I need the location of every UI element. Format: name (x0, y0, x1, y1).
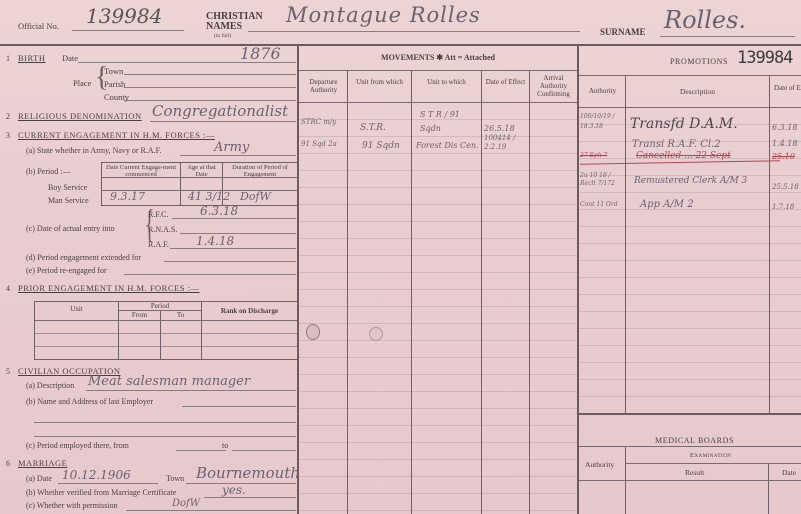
rfc-underline (172, 218, 296, 219)
prior-divider (160, 311, 161, 359)
employment-period-label: (c) Period employed there, from (26, 441, 129, 450)
movements-header-unit-from: Unit from which (348, 78, 411, 86)
promotion-row-3-authority: 27 Eph 7 (580, 152, 607, 159)
promotions-stamp-number: 139984 (737, 48, 792, 68)
punch-hole-icon (306, 324, 320, 340)
period-table: Date Current Engage-ment commenced Age a… (101, 162, 297, 206)
prior-rule (35, 333, 297, 334)
man-service-age: 41 3/12 (188, 190, 230, 203)
period-header-commenced: Date Current Engage-ment commenced (102, 164, 180, 178)
promotion-row-5-date: 1.7.18 (772, 203, 794, 211)
movement-row-1-date: 26.5.18 (484, 124, 515, 133)
rfc-label: R.F.C. (148, 210, 168, 219)
marriage-date-underline (58, 483, 158, 484)
man-service-label: Man Service (48, 196, 89, 205)
employer-label: (b) Name and Address of last Employer (26, 397, 153, 406)
movement-row-1-from: S.T.R. (360, 123, 386, 133)
promotion-row-5-description: App A/M 2 (640, 199, 694, 210)
reengaged-label: (e) Period re-engaged for (26, 266, 107, 275)
marriage-town-label: Town (166, 474, 184, 483)
punch-hole-icon (369, 327, 383, 341)
movements-col-divider (481, 71, 482, 514)
movement-row-2-to: Forest Dis Cen. (416, 141, 479, 150)
movements-ruled-area (299, 103, 577, 514)
prior-rule (35, 320, 297, 321)
promotions-col-divider (769, 76, 770, 413)
certificate-verified-label: (b) Whether verified from Marriage Certi… (26, 488, 176, 497)
employment-from-underline (176, 450, 226, 451)
surname-underline (660, 36, 795, 37)
examination-header: Examination (690, 452, 731, 459)
promotions-header-rule (579, 107, 801, 108)
birth-heading: BIRTH (18, 53, 46, 63)
period-header-duration: Duration of Period of Engagement (223, 164, 297, 178)
promotions-title: PROMOTIONS (670, 57, 728, 66)
promotions-header-authority: Authority (580, 88, 625, 95)
promotions-title-rule (579, 75, 801, 76)
medical-title-rule (579, 446, 801, 447)
prior-from-header: From (119, 312, 160, 319)
prior-rule (119, 310, 201, 311)
movements-col-divider (529, 71, 530, 514)
permission-value: DofW (172, 498, 200, 509)
occupation-underline (86, 390, 296, 391)
certificate-underline (204, 497, 296, 498)
promotions-header-description: Description (626, 88, 769, 95)
movements-header-date: Date of Effect (482, 78, 529, 86)
employer-underline-3 (34, 436, 296, 437)
employment-to-underline (232, 450, 296, 451)
raf-underline (170, 248, 296, 249)
promotion-row-5-authority: Cont 11 Ord (580, 201, 618, 208)
man-service-commenced: 9.3.17 (110, 190, 145, 203)
promotion-row-2-date: 1.4.18 (772, 139, 797, 148)
promotions-header-date: Date of Effect (774, 84, 801, 92)
official-no-label: Official No. (18, 21, 59, 31)
employment-to-label: to (222, 441, 228, 450)
period-label: (b) Period :— (26, 167, 70, 176)
religion-value: Congregationalist (152, 102, 288, 120)
medical-authority-header: Authority (585, 460, 614, 469)
prior-period-header: Period (119, 303, 201, 310)
reengaged-underline (124, 274, 296, 275)
medical-col-divider (768, 464, 769, 514)
permission-label: (c) Whether with permission (26, 501, 118, 510)
parish-label: Parish (104, 79, 125, 89)
town-underline (124, 74, 296, 75)
prior-rank-header: Rank on Discharge (202, 308, 297, 315)
promotion-row-4-authority: 2u 10 18 / Reclt 7/172 (580, 172, 625, 188)
section-number: 3 (6, 131, 10, 140)
movements-title-rule (299, 70, 577, 71)
movements-col-divider (347, 71, 348, 514)
movement-row-2-from: 91 Sqdn (362, 141, 400, 151)
marriage-heading: MARRIAGE (18, 458, 67, 468)
rnas-label: R.N.A.S. (148, 225, 177, 234)
place-label: Place (73, 78, 91, 88)
raf-label: R.A.F. (148, 240, 169, 249)
section-number: 2 (6, 112, 10, 121)
movements-col-divider (411, 71, 412, 514)
promotion-row-3-description: Cancelled ... 22 Sept (636, 151, 731, 161)
current-engagement-heading: CURRENT ENGAGEMENT IN H.M. FORCES :— (18, 130, 215, 140)
promotion-row-1-authority: 100/10/19 / 18.3.18 (580, 112, 625, 132)
movements-title: MOVEMENTS ✱ Att = Attached (300, 53, 576, 62)
entry-date-label: (c) Date of actual entry into (26, 224, 115, 233)
marriage-town-value: Bournemouth (196, 464, 300, 482)
prior-unit-header: Unit (35, 306, 118, 313)
employer-underline-2 (34, 422, 296, 423)
surname-label: SURNAME (600, 27, 646, 37)
occupation-value: Meat salesman manager (88, 374, 250, 389)
medical-exam-rule (626, 463, 801, 464)
promotion-row-1-description: Transfd D.A.M. (630, 116, 738, 132)
movement-row-1-authority: STRC m/y (301, 118, 336, 126)
promotion-row-2-description: Transi R.A.F. Cl.2 (632, 139, 721, 150)
surname-value: Rolles. (664, 6, 746, 34)
section-number: 6 (6, 459, 10, 468)
employer-underline (182, 406, 296, 407)
movements-header-arrival: Arrival Authority Confirming (530, 74, 577, 98)
christian-names-value: Montague Rolles (286, 3, 481, 27)
medical-boards-title: MEDICAL BOARDS (655, 436, 734, 445)
section-number: 4 (6, 284, 10, 293)
christian-names-label: CHRISTIAN NAMES (206, 12, 263, 32)
parish-underline (124, 87, 296, 88)
movement-row-2-date: 100414 / 2.2.19 (484, 134, 528, 152)
marriage-date-label: (a) Date (26, 474, 52, 483)
rfc-value: 6.3.18 (200, 204, 238, 218)
movements-header-rule (299, 102, 577, 103)
religion-heading: RELIGIOUS DENOMINATION (18, 111, 142, 121)
promotion-row-4-date: 25.5.18 (772, 183, 799, 191)
extended-underline (164, 261, 296, 262)
movements-title-box: MOVEMENTS ✱ Att = Attached (300, 46, 576, 70)
county-underline (124, 100, 296, 101)
medical-header-rule (579, 480, 801, 481)
marriage-date-value: 10.12.1906 (62, 468, 131, 482)
christian-names-underline (248, 31, 580, 32)
prior-to-header: To (160, 312, 201, 319)
extended-label: (d) Period engagement extended for (26, 253, 141, 262)
section-number: 5 (6, 367, 10, 376)
service-branch-label: (a) State whether in Army, Navy or R.A.F… (26, 146, 161, 155)
permission-underline (126, 510, 296, 511)
medical-result-header: Result (685, 468, 704, 477)
official-no-underline (72, 30, 184, 31)
period-divider (180, 163, 181, 205)
medical-date-header: Date (782, 468, 796, 477)
movement-row-1-to: S T R / 91 Sqdn (420, 108, 480, 136)
official-no-value: 139984 (86, 4, 162, 28)
birth-date-label: Date (62, 53, 78, 63)
promotion-row-4-description: Remustered Clerk A/M 3 (634, 176, 747, 186)
prior-rule (35, 346, 297, 347)
in-full-label: (in full) (214, 33, 231, 39)
prior-divider (201, 302, 202, 359)
man-service-duration: DofW (240, 190, 271, 203)
prior-engagement-table: Unit Period From To Rank on Discharge (34, 301, 297, 360)
birth-date-value: 1876 (240, 44, 281, 63)
movements-header-unit-to: Unit to which (412, 78, 481, 86)
certificate-verified-value: yes. (222, 483, 246, 497)
service-record-card: Official No. 139984 CHRISTIAN NAMES (in … (0, 0, 801, 514)
prior-engagement-heading: PRIOR ENGAGEMENT IN H.M. FORCES :— (18, 283, 199, 293)
section-number: 1 (6, 54, 10, 63)
movement-row-2-authority: 91 Sqd 2a (301, 140, 337, 148)
service-branch-underline (180, 155, 296, 156)
boy-service-label: Boy Service (48, 183, 87, 192)
raf-value: 1.4.18 (196, 234, 234, 248)
movements-header-departure: Departure Authority (300, 78, 347, 94)
occupation-description-label: (a) Description (26, 381, 74, 390)
period-row-rule (102, 177, 297, 178)
period-header-age: Age at that Date (181, 164, 222, 178)
promotions-col-divider (625, 76, 626, 413)
medical-top-rule (579, 413, 801, 415)
service-branch-value: Army (214, 140, 249, 155)
promotion-row-1-date: 6.3.18 (772, 123, 797, 132)
religion-underline (150, 121, 296, 122)
